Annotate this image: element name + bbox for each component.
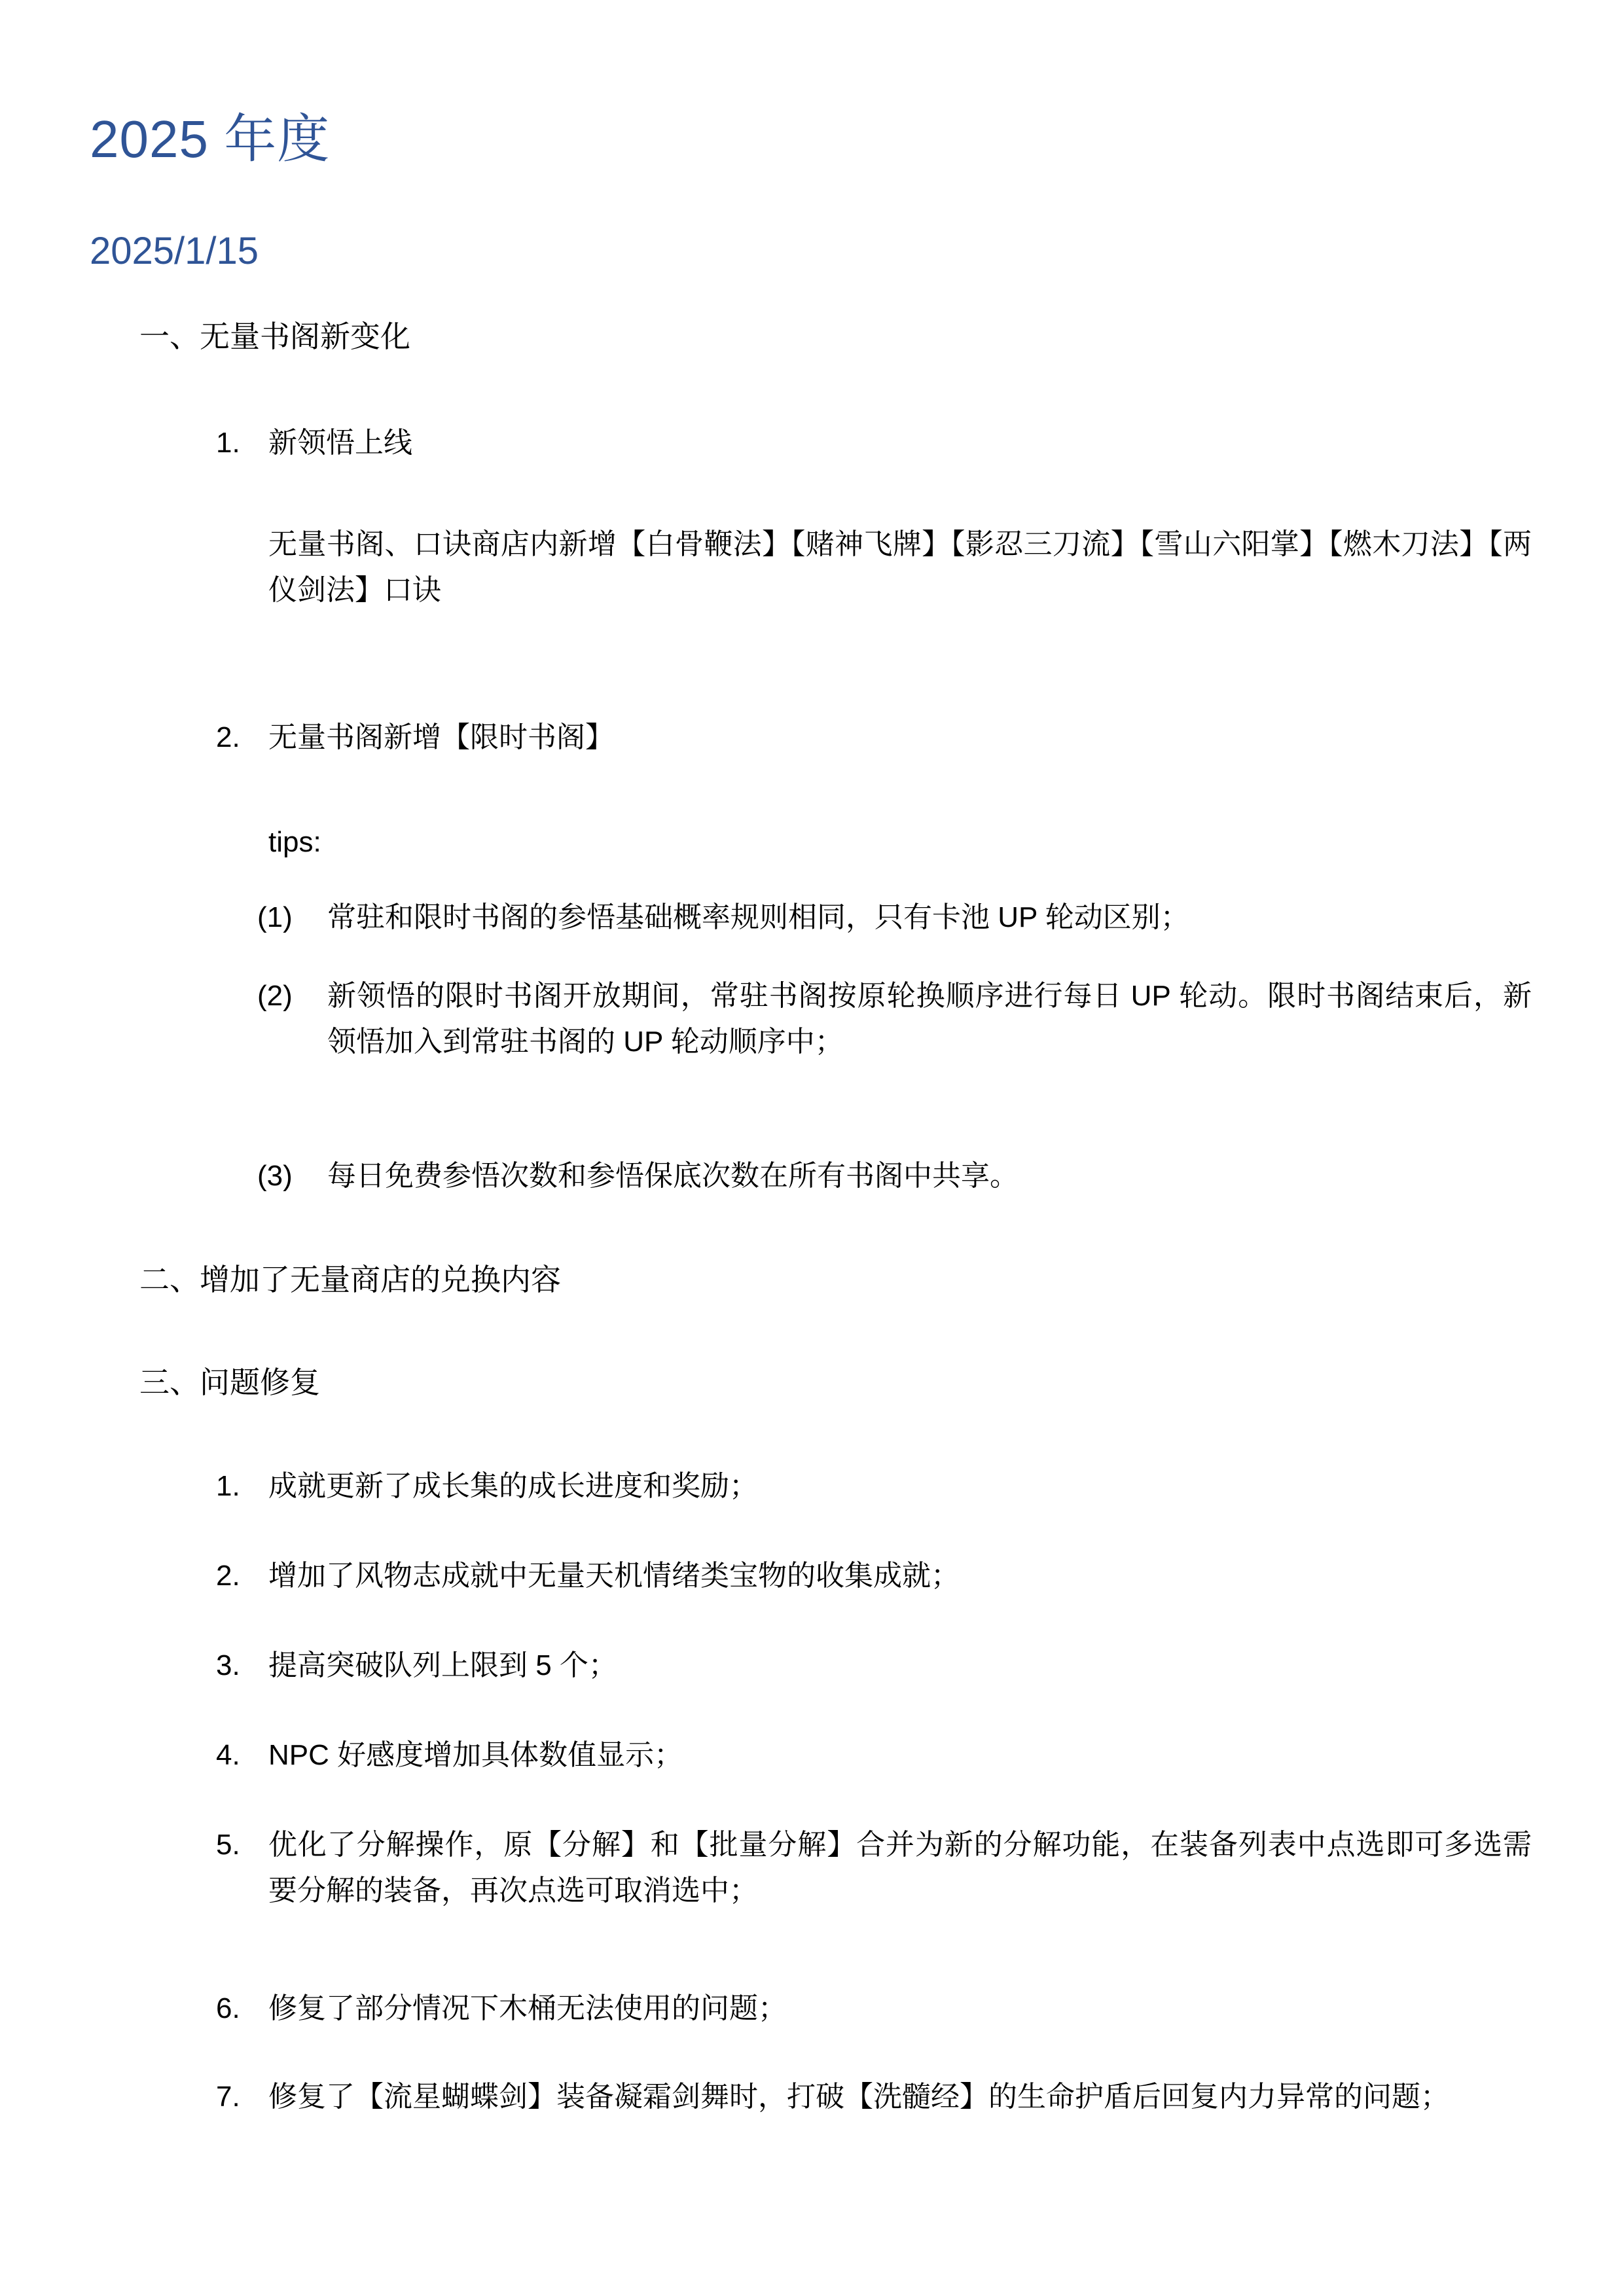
item-number: 2.	[216, 1553, 268, 1599]
list-item: 1. 成就更新了成长集的成长进度和奖励；	[216, 1463, 1532, 1509]
section-heading-1: 一、无量书阁新变化	[139, 315, 1532, 359]
subitem-text: 新领悟的限时书阁开放期间，常驻书阁按原轮换顺序进行每日 UP 轮动。限时书阁结束…	[327, 973, 1532, 1065]
item-number: 6.	[216, 1986, 268, 2032]
item-title: 优化了分解操作，原【分解】和【批量分解】合并为新的分解功能，在装备列表中点选即可…	[268, 1822, 1532, 1914]
tips-label: tips:	[268, 819, 1532, 865]
list-item: 5. 优化了分解操作，原【分解】和【批量分解】合并为新的分解功能，在装备列表中点…	[216, 1822, 1532, 1914]
section-heading-2: 二、增加了无量商店的兑换内容	[139, 1258, 1532, 1302]
section-heading-3: 三、问题修复	[139, 1361, 1532, 1405]
item-number: 5.	[216, 1822, 268, 1914]
date-heading: 2025/1/15	[90, 228, 1532, 274]
item-title: 增加了风物志成就中无量天机情绪类宝物的收集成就；	[268, 1553, 1532, 1599]
item-number: 4.	[216, 1732, 268, 1778]
list-item: 7. 修复了【流星蝴蝶剑】装备凝霜剑舞时，打破【洗髓经】的生命护盾后回复内力异常…	[216, 2074, 1532, 2120]
item-title: 修复了【流星蝴蝶剑】装备凝霜剑舞时，打破【洗髓经】的生命护盾后回复内力异常的问题…	[268, 2074, 1532, 2120]
list-item: 1. 新领悟上线	[216, 420, 1532, 466]
sub-list-item: (1) 常驻和限时书阁的参悟基础概率规则相同，只有卡池 UP 轮动区别；	[257, 895, 1532, 941]
subitem-number: (3)	[257, 1153, 327, 1199]
document-page: 2025 年度 2025/1/15 一、无量书阁新变化 1. 新领悟上线 无量书…	[0, 0, 1624, 2296]
item-title: 新领悟上线	[268, 420, 1532, 466]
list-item: 3. 提高突破队列上限到 5 个；	[216, 1643, 1532, 1689]
item-title: 提高突破队列上限到 5 个；	[268, 1643, 1532, 1689]
subitem-text: 常驻和限时书阁的参悟基础概率规则相同，只有卡池 UP 轮动区别；	[327, 895, 1532, 941]
subitem-number: (1)	[257, 895, 327, 941]
item-title: NPC 好感度增加具体数值显示；	[268, 1732, 1532, 1778]
item-title: 成就更新了成长集的成长进度和奖励；	[268, 1463, 1532, 1509]
list-item: 4. NPC 好感度增加具体数值显示；	[216, 1732, 1532, 1778]
page-title: 2025 年度	[90, 108, 1532, 171]
list-item: 6. 修复了部分情况下木桶无法使用的问题；	[216, 1986, 1532, 2032]
sub-list-item: (3) 每日免费参悟次数和参悟保底次数在所有书阁中共享。	[257, 1153, 1532, 1199]
list-item: 2. 增加了风物志成就中无量天机情绪类宝物的收集成就；	[216, 1553, 1532, 1599]
item-number: 1.	[216, 1463, 268, 1509]
item-number: 1.	[216, 420, 268, 466]
subitem-text: 每日免费参悟次数和参悟保底次数在所有书阁中共享。	[327, 1153, 1532, 1199]
item-title: 无量书阁新增【限时书阁】	[268, 715, 1532, 761]
item-title: 修复了部分情况下木桶无法使用的问题；	[268, 1986, 1532, 2032]
item-number: 7.	[216, 2074, 268, 2120]
list-item: 2. 无量书阁新增【限时书阁】	[216, 715, 1532, 761]
subitem-number: (2)	[257, 973, 327, 1065]
sub-list-item: (2) 新领悟的限时书阁开放期间，常驻书阁按原轮换顺序进行每日 UP 轮动。限时…	[257, 973, 1532, 1065]
item-paragraph: 无量书阁、口诀商店内新增【白骨鞭法】【赌神飞牌】【影忍三刀流】【雪山六阳掌】【燃…	[268, 522, 1532, 613]
item-number: 2.	[216, 715, 268, 761]
item-number: 3.	[216, 1643, 268, 1689]
